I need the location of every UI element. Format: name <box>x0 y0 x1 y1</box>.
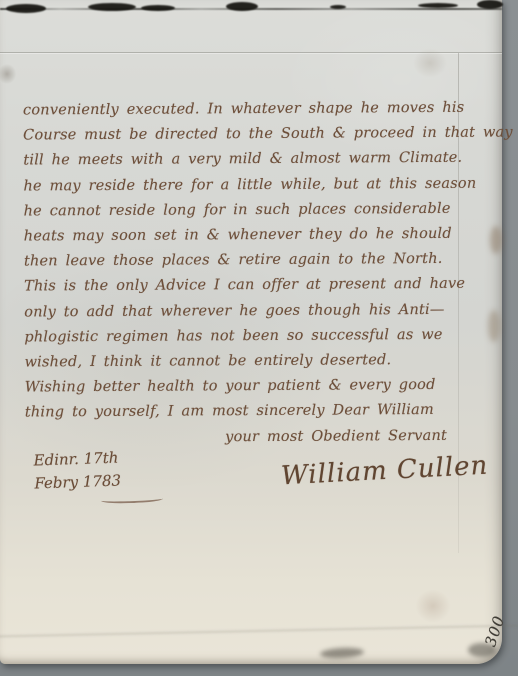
scan-background: conveniently executed. In whatever shape… <box>0 0 518 676</box>
dateline-year: Febry 1783 <box>34 469 121 495</box>
paper-stain <box>408 582 458 630</box>
paper-stain <box>406 42 454 84</box>
letter-line: Wishing better health to your patient & … <box>25 373 499 401</box>
letter-line: then leave those places & retire again t… <box>24 247 498 275</box>
top-edge-mark <box>418 3 458 8</box>
letter-line: Course must be directed to the South & p… <box>23 121 497 149</box>
dateline: Edinr. 17th Febry 1783 <box>33 447 121 496</box>
paper-smudge <box>0 60 20 88</box>
letter-line: wished, I think it cannot be entirely de… <box>24 348 498 376</box>
top-edge-mark <box>6 4 46 13</box>
letter-line: This is the only Advice I can offer at p… <box>24 272 498 300</box>
letter-line: he cannot reside long for in such places… <box>24 196 498 224</box>
letter-line: only to add that wherever he goes though… <box>24 297 498 325</box>
letter-line: phlogistic regimen has not been so succe… <box>24 322 498 350</box>
top-edge-mark <box>330 5 346 9</box>
date-underline-flourish <box>101 495 163 504</box>
top-edge-mark <box>141 5 175 11</box>
letter-line: conveniently executed. In whatever shape… <box>23 96 497 124</box>
letter-body: conveniently executed. In whatever shape… <box>23 96 499 452</box>
paper-smudge <box>320 647 364 659</box>
top-edge-mark <box>226 2 258 11</box>
letter-page: conveniently executed. In whatever shape… <box>0 0 502 664</box>
top-edge-mark <box>477 0 503 9</box>
dateline-place: Edinr. 17th <box>33 447 120 473</box>
letter-line: heats may soon set in & whenever they do… <box>24 222 498 250</box>
top-edge-mark <box>88 3 136 11</box>
letter-line: till he meets with a very mild & almost … <box>23 146 497 174</box>
letter-line: he may reside there for a little while, … <box>23 171 497 199</box>
letter-line: thing to yourself, I am most sincerely D… <box>25 398 499 426</box>
